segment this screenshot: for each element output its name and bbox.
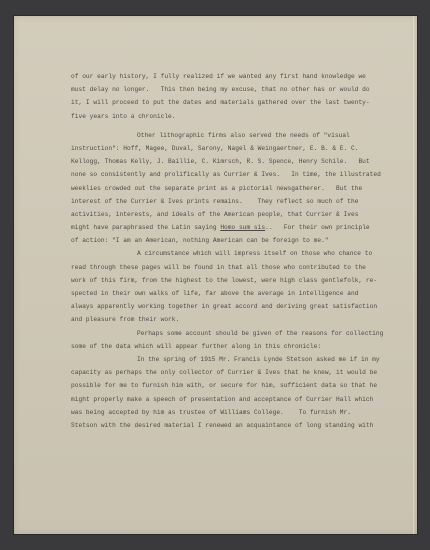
text-line: it, I will proceed to put the dates and … — [71, 96, 411, 109]
text-line: spected in their own walks of life, far … — [71, 287, 411, 300]
text-line: must delay no longer. This then being my… — [71, 83, 411, 96]
text-line: five years into a chronicle. — [71, 110, 411, 123]
typewritten-text-body: of our early history, I fully realized i… — [71, 70, 411, 432]
text-line: and pleasure from their work. — [71, 313, 411, 326]
text-line: Stetson with the desired material I rene… — [71, 419, 411, 432]
text-line: of action: "I am an American, nothing Am… — [71, 234, 411, 247]
text-line-paragraph-start: Other lithographic firms also served the… — [71, 129, 411, 142]
text-line: might have paraphrased the Latin saying … — [71, 221, 411, 234]
text-line: none so consistently and prolifically as… — [71, 168, 411, 181]
text-line: activities, interests, and ideals of the… — [71, 208, 411, 221]
text-line: Kellogg, Thomas Kelly, J. Baillie, C. Ki… — [71, 155, 411, 168]
text-line-paragraph-start: In the spring of 1915 Mr. Francis Lynde … — [71, 353, 411, 366]
underlined-latin-phrase: Homo sum sis — [220, 224, 265, 231]
text-line: might properly make a speech of presenta… — [71, 393, 411, 406]
text-line: read through these pages will be found i… — [71, 261, 411, 274]
text-segment: might have paraphrased the Latin saying — [71, 224, 220, 231]
text-line: instruction": Hoff, Magee, Duval, Sarony… — [71, 142, 411, 155]
text-line: capacity as perhaps the only collector o… — [71, 366, 411, 379]
text-line: possible for me to furnish him with, or … — [71, 379, 411, 392]
text-line: interest of the Currier & Ives prints re… — [71, 195, 411, 208]
text-line: some of the data which will appear furth… — [71, 340, 411, 353]
text-segment: .. For their own principle — [265, 224, 370, 231]
text-line: of our early history, I fully realized i… — [71, 70, 411, 83]
document-page: of our early history, I fully realized i… — [14, 16, 417, 534]
text-line-paragraph-start: Perhaps some account should be given of … — [71, 327, 411, 340]
text-line: weeklies crowded out the separate print … — [71, 182, 411, 195]
text-line: work of this firm, from the highest to t… — [71, 274, 411, 287]
text-line: always apparently working together in gr… — [71, 300, 411, 313]
text-line: was being accepted by him as trustee of … — [71, 406, 411, 419]
text-line-paragraph-start: A circumstance which will impress itself… — [71, 247, 411, 260]
